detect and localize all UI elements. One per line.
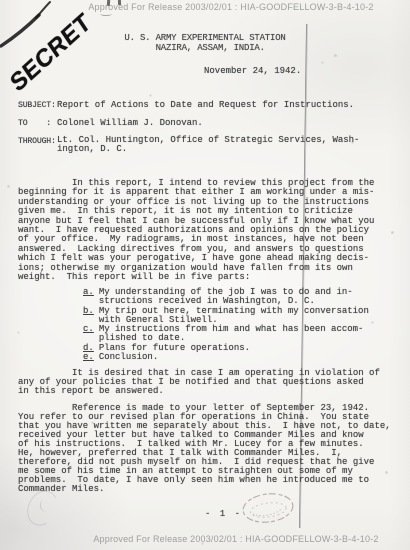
page-number: - 1 - (205, 509, 242, 519)
body-paragraph-1: In this report, I intend to review this … (18, 179, 374, 282)
list-item-letter: c. (83, 325, 94, 344)
list-item: b. My trip out here, terminating with my… (83, 307, 369, 326)
through-label: THROUGH: (18, 137, 56, 146)
list-item-text: My trip out here, terminating with my co… (99, 307, 369, 326)
to-label: TO : (18, 119, 51, 128)
release-banner-top: Approved For Release 2003/02/01 : HIA-GO… (0, 2, 410, 12)
body-paragraph-3: Reference is made to your letter of Sept… (18, 404, 391, 494)
body-paragraph-2: It is desired that in case I am operatin… (18, 369, 380, 397)
list-item-text: My instructions from him and what has be… (99, 325, 364, 344)
release-banner-bottom: Approved For Release 2003/02/01 : HIA-GO… (0, 534, 410, 544)
list-item: a. My understanding of the job I was to … (83, 288, 369, 307)
list-item-letter: a. (83, 288, 94, 307)
through-value: Lt. Col. Huntington, Office of Strategic… (57, 136, 359, 154)
list-item-letter: e. (83, 353, 94, 362)
list-item-text: Conclusion. (99, 353, 158, 362)
subject-value: Report of Actions to Date and Request fo… (57, 100, 354, 110)
to-value: Colonel William J. Donovan. (57, 118, 203, 128)
list-item-letter: b. (83, 307, 94, 326)
letterhead-station: U. S. ARMY EXPERIMENTAL STATION NAZIRA, … (0, 34, 410, 53)
list-item: c. My instructions from him and what has… (83, 325, 369, 344)
report-parts-list: a. My understanding of the job I was to … (83, 288, 369, 362)
oval-stamp (241, 491, 294, 525)
memo-date: November 24, 1942. (204, 67, 301, 76)
scan-speckles (0, 0, 1, 1)
list-item-text: My understanding of the job I was to do … (99, 288, 353, 307)
secret-stamp: SECRET (6, 13, 90, 98)
subject-label: SUBJECT: (18, 101, 56, 110)
scanned-memo-page: Approved For Release 2003/02/01 : HIA-GO… (0, 0, 410, 550)
list-item: e. Conclusion. (83, 353, 369, 362)
